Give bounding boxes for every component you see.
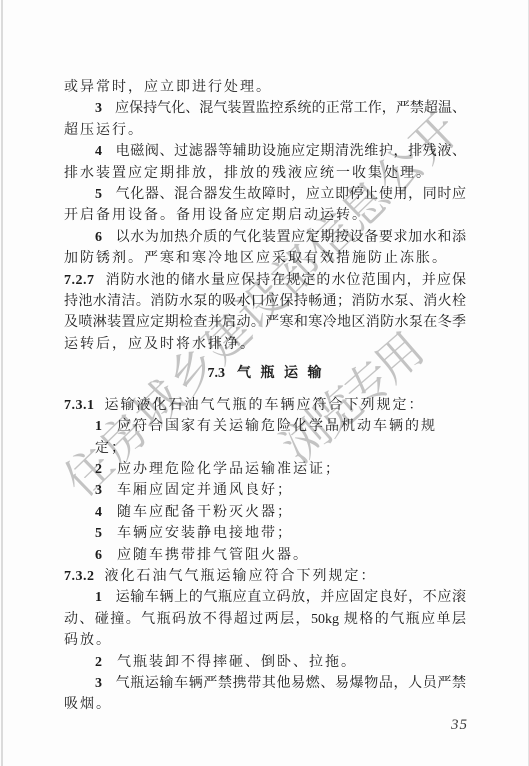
text-line-body: 液化石油气气瓶运输应符合下列规定： <box>105 569 377 584</box>
text-line: 2应办理危险化学品运输准运证； <box>64 459 466 480</box>
page-text-block: 或异常时，应立即进行处理。 3应保持气化、混气装置监控系统的正常工作，严禁超温、… <box>64 77 466 716</box>
text-line: 4电磁阀、过滤器等辅助设施应定期清洗维护，排残液、 <box>64 141 466 162</box>
text-line: 7.2.7消防水池的储水量应保持在规定的水位范围内，并应保 <box>64 270 466 291</box>
text-line-body: 应符合国家有关运输危险化学品机动车辆的规定； <box>95 419 437 455</box>
scan-edge-left <box>1 0 3 766</box>
text-line: 4随车应配备干粉灭火器； <box>64 502 466 523</box>
item-number: 1 <box>95 419 104 434</box>
item-number: 2 <box>95 655 104 670</box>
text-line: 动、碰撞。气瓶码放不得超过两层，50kg 规格的气瓶应单层 <box>64 609 466 630</box>
document-page: 住房城乡建设部信息公开 浏览专用 或异常时，应立即进行处理。 3应保持气化、混气… <box>0 0 529 766</box>
clause-number: 7.2.7 <box>64 273 95 288</box>
item-number: 1 <box>95 590 102 605</box>
text-line: 5车辆应安装静电接地带； <box>64 523 466 544</box>
text-line-body: 消防水池的储水量应保持在规定的水位范围内，并应保 <box>105 273 467 288</box>
text-line: 6应随车携带排气管阻火器。 <box>64 545 466 566</box>
text-line-body: 气瓶运输车辆严禁携带其他易燃、易爆物品，人员严禁 <box>115 676 466 691</box>
item-number: 4 <box>95 144 102 159</box>
text-line: 开启备用设备。备用设备应定期启动运转。 <box>64 205 466 226</box>
page-number: 35 <box>451 717 468 734</box>
text-line-body: 应办理危险化学品运输准运证； <box>117 462 341 477</box>
text-line-body: 电磁阀、过滤器等辅助设施应定期清洗维护，排残液、 <box>115 144 466 159</box>
text-line: 持池水清洁。消防水泵的吸水口应保持畅通；消防水泵、消火栓 <box>64 291 466 312</box>
text-line-body: 以水为加热介质的气化装置应定期按设备要求加水和添 <box>115 230 466 245</box>
section-heading-title: 气 瓶 运 输 <box>237 366 323 381</box>
text-line-body: 运输液化石油气气瓶的车辆应符合下列规定： <box>105 398 425 413</box>
item-number: 6 <box>95 230 102 245</box>
clause-number: 7.3.1 <box>64 398 95 413</box>
text-line: 7.3.1运输液化石油气气瓶的车辆应符合下列规定： <box>64 395 466 416</box>
text-line: 吸烟。 <box>64 694 466 715</box>
text-line-body: 车辆应安装静电接地带； <box>117 526 293 541</box>
text-line: 3车厢应固定并通风良好； <box>64 480 466 501</box>
text-line-body: 车厢应固定并通风良好； <box>117 483 293 498</box>
text-line-body: 气化器、混合器发生故障时，应立即停止使用，同时应 <box>115 187 466 202</box>
item-number: 5 <box>95 187 102 202</box>
text-line: 加防锈剂。严寒和寒冷地区应采取有效措施防止冻胀。 <box>64 248 466 269</box>
text-line: 及喷淋装置应定期检查并启动。严寒和寒冷地区消防水泵在冬季 <box>64 312 466 333</box>
text-line: 或异常时，应立即进行处理。 <box>64 77 466 98</box>
item-number: 6 <box>95 548 104 563</box>
text-line: 3应保持气化、混气装置监控系统的正常工作，严禁超温、 <box>64 98 466 119</box>
text-line-body: 运输车辆上的气瓶应直立码放，并应固定良好，不应滚 <box>115 590 466 605</box>
text-line-body: 气瓶装卸不得摔砸、倒卧、拉拖。 <box>117 655 357 670</box>
item-number: 2 <box>95 462 104 477</box>
text-line-body: 应随车携带排气管阻火器。 <box>117 548 309 563</box>
clause-number: 7.3.2 <box>64 569 95 584</box>
text-line: 超压运行。 <box>64 120 466 141</box>
item-number: 4 <box>95 505 104 520</box>
text-line: 7.3.2液化石油气气瓶运输应符合下列规定： <box>64 566 466 587</box>
item-number: 3 <box>95 101 102 116</box>
item-number: 3 <box>95 483 104 498</box>
item-number: 3 <box>95 676 102 691</box>
text-line: 3气瓶运输车辆严禁携带其他易燃、易爆物品，人员严禁 <box>64 673 466 694</box>
text-line: 1应符合国家有关运输危险化学品机动车辆的规定； <box>64 416 466 459</box>
text-line: 1运输车辆上的气瓶应直立码放，并应固定良好，不应滚 <box>64 587 466 608</box>
text-line: 2气瓶装卸不得摔砸、倒卧、拉拖。 <box>64 652 466 673</box>
text-line-body: 应保持气化、混气装置监控系统的正常工作，严禁超温、 <box>115 101 466 116</box>
section-heading: 7.3气 瓶 运 输 <box>64 363 466 384</box>
text-line: 码放。 <box>64 630 466 651</box>
text-line: 6以水为加热介质的气化装置应定期按设备要求加水和添 <box>64 227 466 248</box>
item-number: 5 <box>95 526 104 541</box>
text-line: 5气化器、混合器发生故障时，应立即停止使用，同时应 <box>64 184 466 205</box>
section-heading-number: 7.3 <box>208 366 226 381</box>
text-line-body: 随车应配备干粉灭火器； <box>117 505 293 520</box>
text-line: 运转后，应及时将水排净。 <box>64 334 466 355</box>
text-line: 排水装置应定期排放，排放的残液应统一收集处理。 <box>64 163 466 184</box>
